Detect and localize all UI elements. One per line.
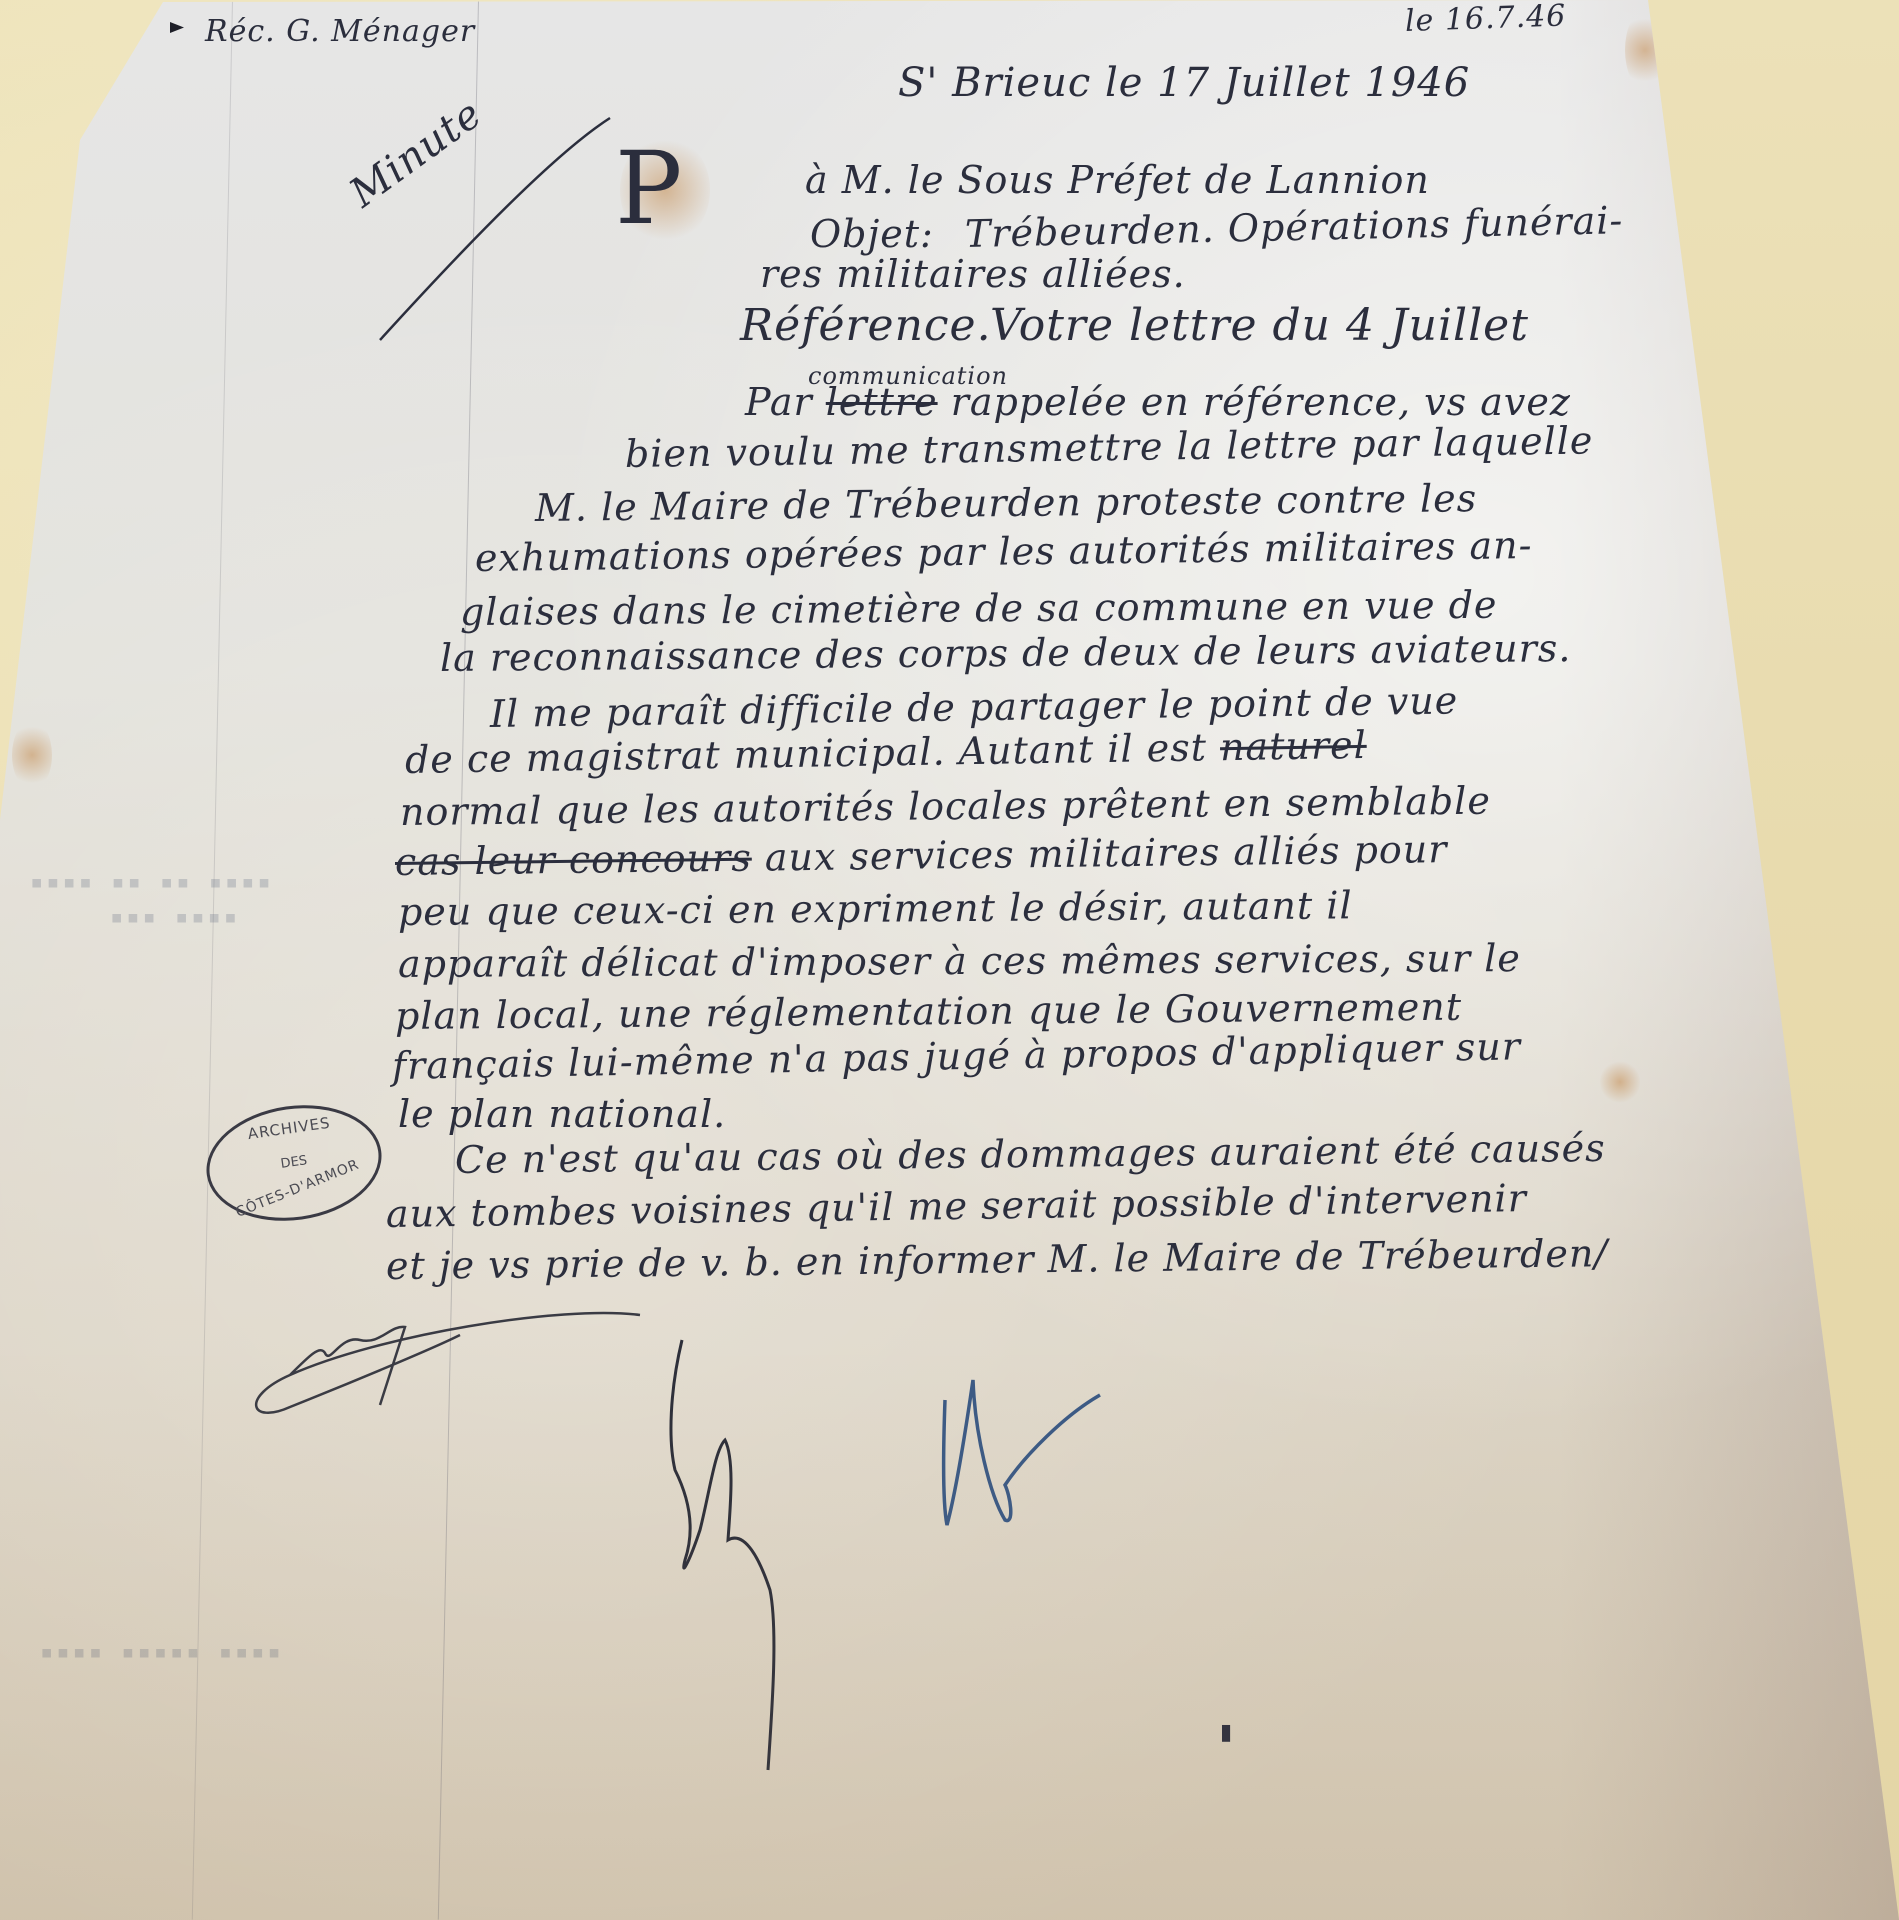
body-line: exhumations opérées par les autorités mi…	[475, 523, 1533, 580]
subject-line-1: Trébeurden. Opérations funérai-	[965, 198, 1624, 256]
body-line: apparaît délicat d'imposer à ces mêmes s…	[398, 936, 1521, 986]
subject-line-2: res militaires alliées.	[760, 252, 1186, 296]
struck-word: lettre	[826, 380, 938, 424]
body-line: la reconnaissance des corps de deux de l…	[440, 626, 1572, 680]
text: aux services militaires alliés pour	[752, 827, 1448, 879]
show-through-text: ▪▪▪▪ ▪▪▪▪▪ ▪▪▪▪	[40, 1640, 284, 1665]
body-line: peu que ceux-ci en expriment le désir, a…	[398, 883, 1353, 934]
margin-slash-mark	[340, 110, 640, 350]
reference-text: Votre lettre du 4 Juillet	[990, 300, 1529, 351]
body-line: Par lettre rappelée en référence, vs ave…	[745, 380, 1571, 424]
body-line: bien voulu me transmettre la lettre par …	[625, 418, 1594, 476]
struck-word: cas leur concours	[395, 836, 752, 884]
body-line: M. le Maire de Trébeurden proteste contr…	[535, 476, 1478, 530]
text: Par	[745, 380, 826, 424]
margin-mark-p: P	[615, 130, 683, 247]
ink-dot: ▮	[1220, 1720, 1233, 1745]
place-date: S' Brieuc le 17 Juillet 1946	[898, 60, 1470, 106]
reference-note: Réc. G. Ménager	[205, 14, 475, 49]
show-through-text: ▪▪▪ ▪▪▪▪	[110, 905, 240, 930]
paraph-signature	[230, 1295, 650, 1435]
reference-label: Référence.	[740, 300, 992, 351]
bullet-mark-icon	[170, 22, 184, 33]
body-line: cas leur concours aux services militaire…	[395, 827, 1448, 884]
rust-stain	[1600, 1060, 1640, 1104]
subject-label: Objet:	[810, 212, 934, 256]
body-line: glaises dans le cimetière de sa commune …	[460, 583, 1498, 634]
stamp-top-text: ARCHIVES	[204, 1108, 375, 1149]
margin-rule-left	[192, 0, 233, 1920]
recipient: à M. le Sous Préfet de Lannion	[805, 158, 1430, 202]
letter-sheet: ▪▪▪▪ ▪▪ ▪▪ ▪▪▪▪ ▪▪▪ ▪▪▪▪ ▪▪▪▪ ▪▪▪▪▪ ▪▪▪▪…	[0, 0, 1899, 1920]
top-right-date-note: le 16.7.46	[1404, 0, 1567, 39]
struck-word: naturel	[1220, 723, 1367, 769]
body-line: le plan national.	[398, 1092, 726, 1136]
body-line: aux tombes voisines qu'il me serait poss…	[386, 1176, 1527, 1236]
body-line: et je vs prie de v. b. en informer M. le…	[386, 1231, 1609, 1288]
show-through-text: ▪▪▪▪ ▪▪ ▪▪ ▪▪▪▪	[30, 870, 274, 895]
text: rappelée en référence, vs avez	[938, 380, 1571, 424]
initials-signature	[935, 1375, 1115, 1545]
body-line: normal que les autorités locales prêtent…	[400, 779, 1491, 834]
archives-stamp: ARCHIVES DES CÔTES-D'ARMOR	[199, 1094, 389, 1231]
signature-center	[660, 1330, 840, 1790]
rust-stain	[12, 720, 52, 790]
